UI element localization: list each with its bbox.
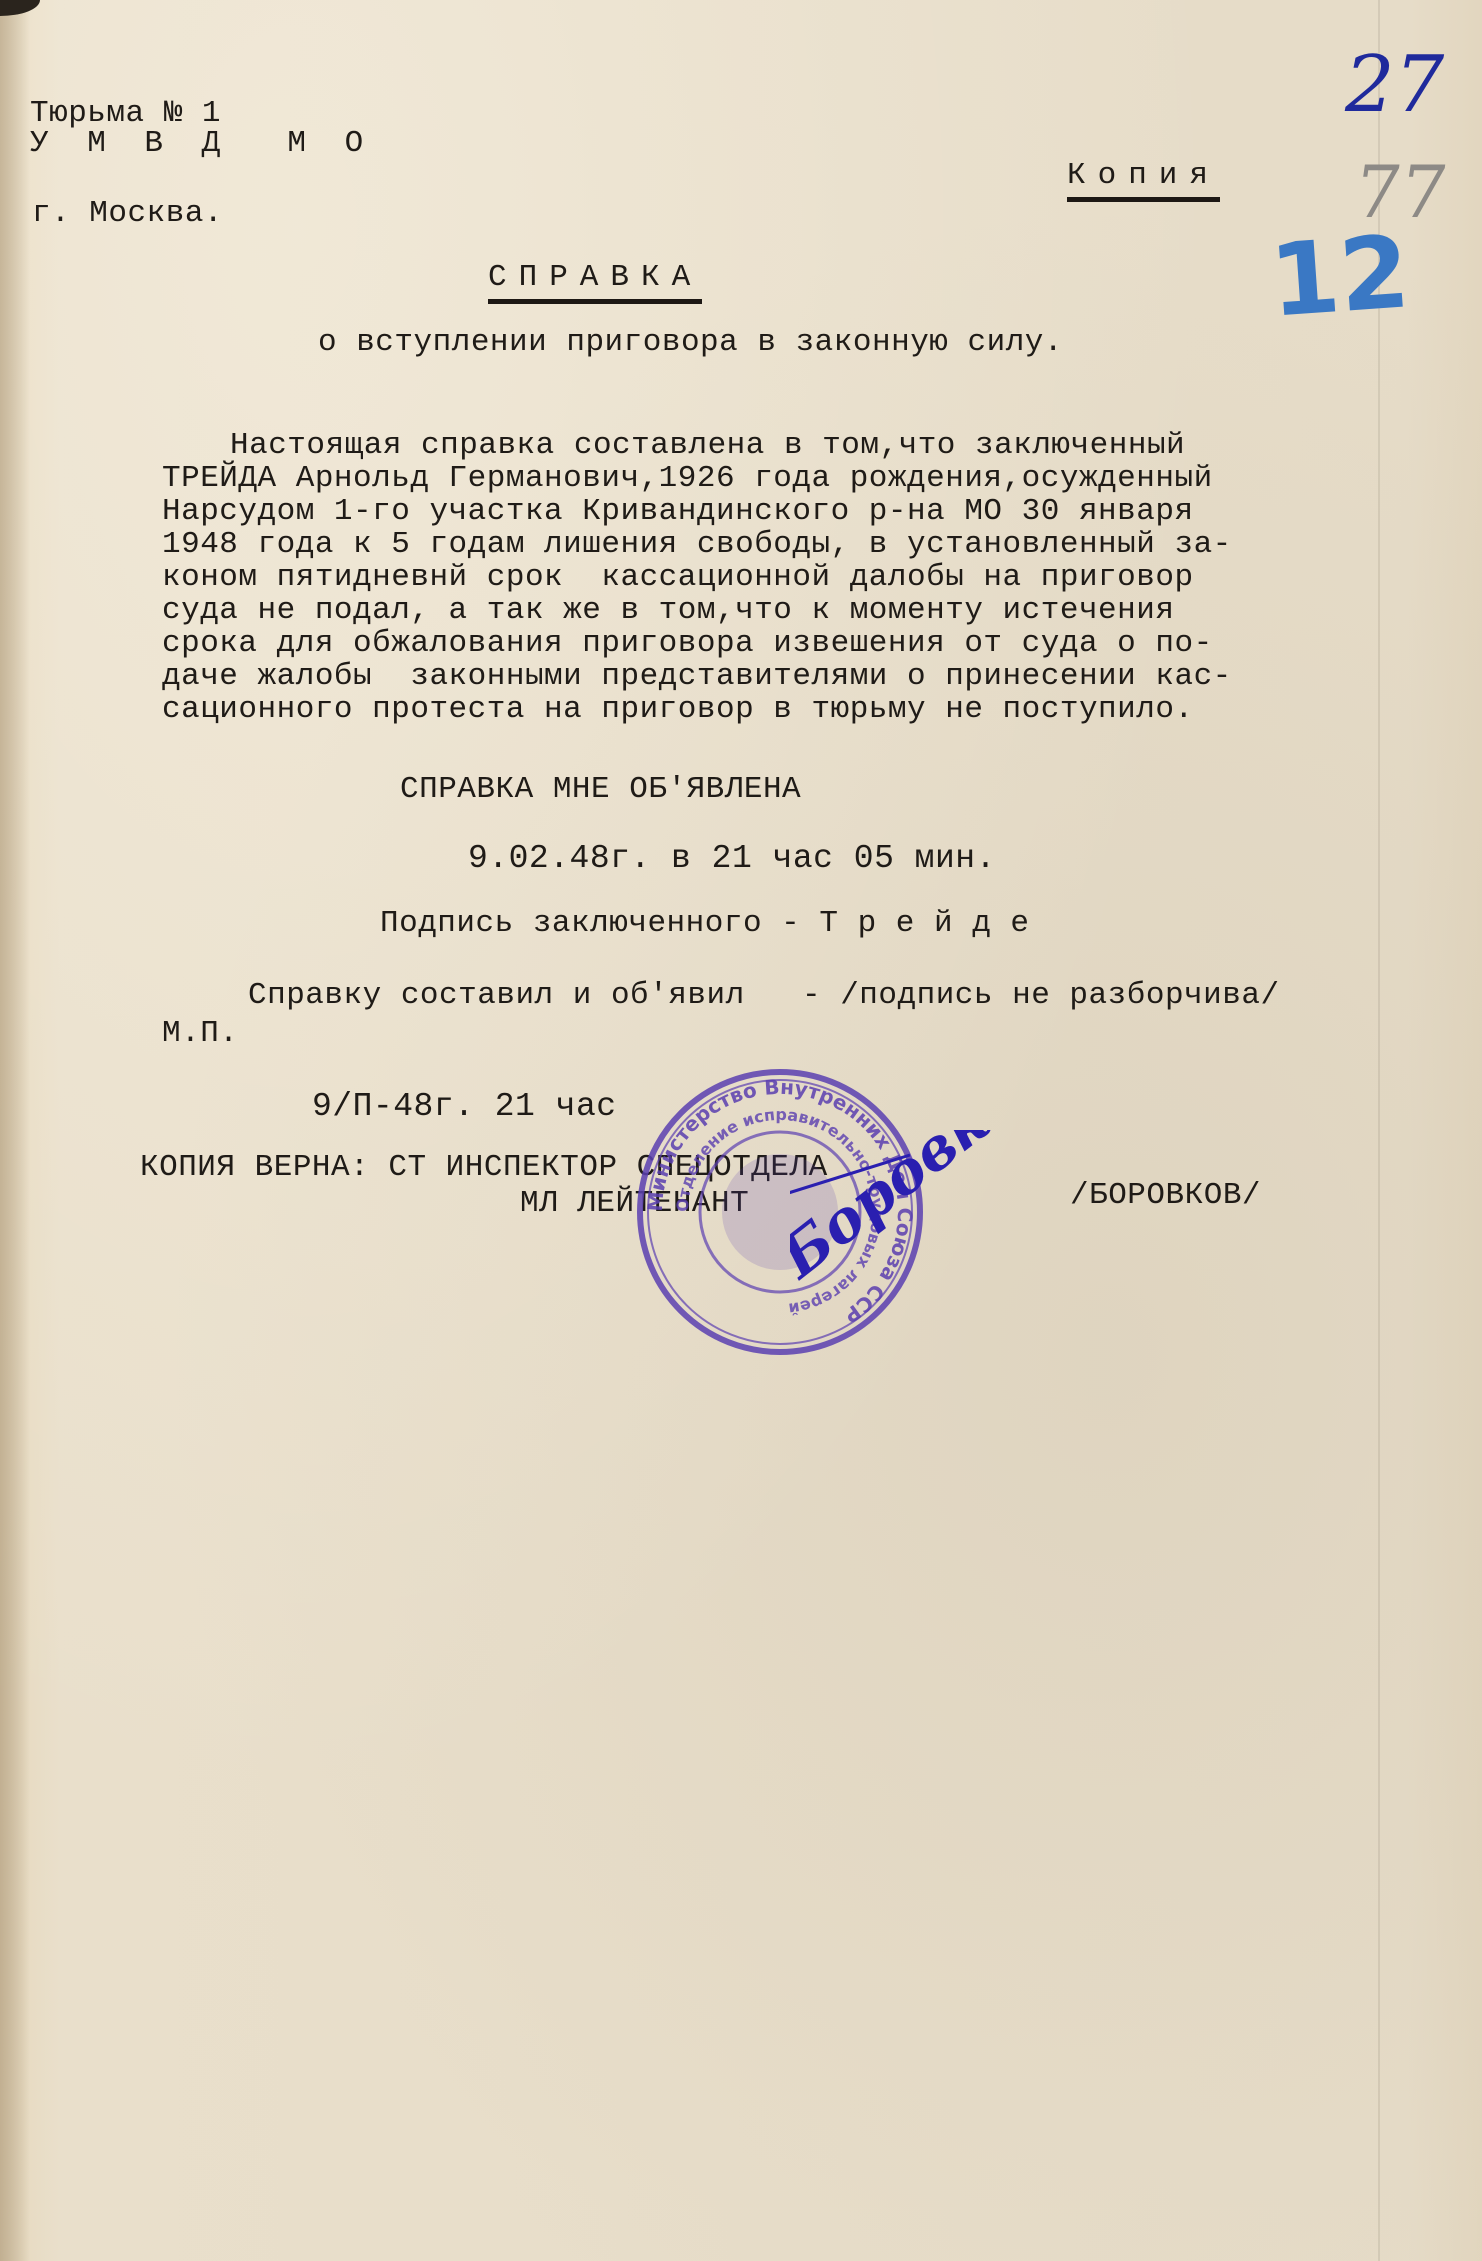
document-title: СПРАВКА (488, 262, 702, 304)
handwritten-signature-icon: Боровков (790, 1130, 1130, 1300)
seal-place-mark: М.П. (162, 1018, 238, 1049)
body-line: 1948 года к 5 годам лишения свободы, в у… (162, 529, 1232, 560)
prisoner-signature-line: Подпись заключенного - Т р е й д е (380, 908, 1030, 939)
body-line: коном пятидневнй срок кассационной далоб… (162, 562, 1194, 593)
copy-mark: Копия (1067, 160, 1220, 202)
announcement-datetime: 9.02.48г. в 21 час 05 мин. (468, 842, 996, 875)
page-fold-line (1378, 0, 1380, 2261)
body-line: ТРЕЙДА Арнольд Германович,1926 года рожд… (162, 463, 1213, 494)
body-line: Настоящая справка составлена в том,что з… (230, 430, 1185, 461)
org-line-prison: Тюрьма № 1 (30, 98, 221, 129)
announcement-declared: СПРАВКА МНЕ ОБ'ЯВЛЕНА (400, 774, 801, 805)
body-line: суда не подал, а так же в том,что к моме… (162, 595, 1174, 626)
short-date-line: 9/П-48г. 21 час (312, 1090, 617, 1123)
folio-ink-number: 27 (1345, 40, 1444, 130)
body-line: Нарсудом 1-го участка Кривандинского р-н… (162, 496, 1194, 527)
city-line: г. Москва. (32, 198, 223, 229)
org-line-ministry: У М В Д М О (30, 128, 373, 159)
compiled-by-line: Справку составил и об'явил - /подпись не… (248, 980, 1280, 1011)
document-subtitle: о вступлении приговора в законную силу. (318, 327, 1063, 358)
folio-crayon-number: 12 (1266, 213, 1413, 339)
body-line: сационного протеста на приговор в тюрьму… (162, 694, 1194, 725)
binding-shadow (0, 0, 30, 2261)
body-line: срока для обжалования приговора извешени… (162, 628, 1213, 659)
body-line: даче жалобы законными представителями о … (162, 661, 1232, 692)
signature-text: Боровков (790, 1130, 1062, 1292)
